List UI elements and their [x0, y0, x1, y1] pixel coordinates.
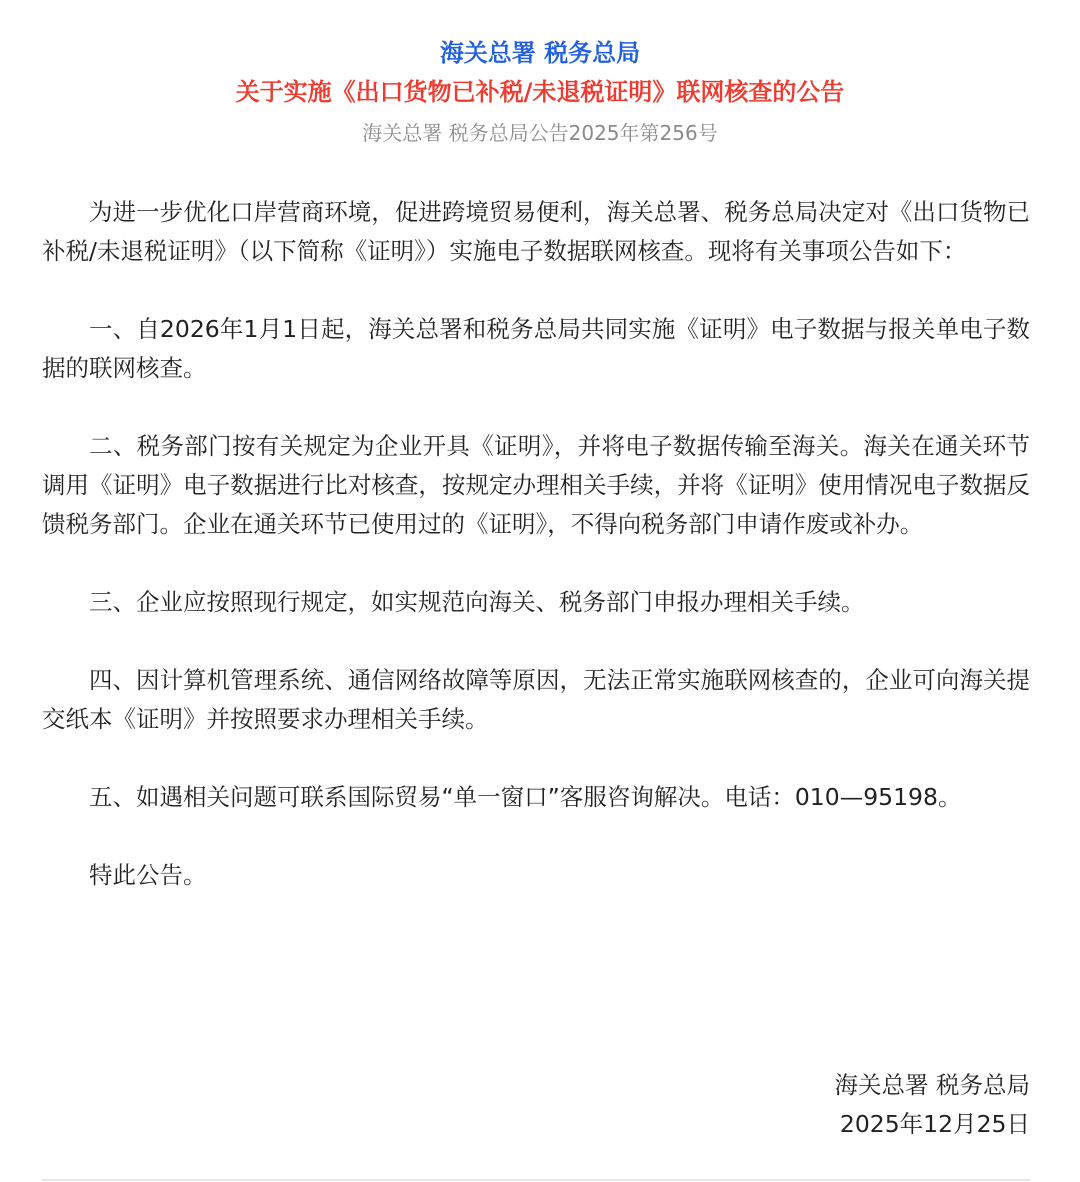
intro-paragraph: 为进一步优化口岸营商环境，促进跨境贸易便利，海关总署、税务总局决定对《出口货物已… — [42, 193, 1030, 271]
signature-issuers: 海关总署 税务总局 — [835, 1066, 1030, 1105]
clause-2-paragraph: 二、税务部门按有关规定为企业开具《证明》，并将电子数据传输至海关。海关在通关环节… — [42, 427, 1030, 544]
closing-statement: 特此公告。 — [42, 856, 1030, 895]
document-number: 海关总署 税务总局公告2025年第256号 — [0, 118, 1080, 148]
clause-1-paragraph: 一、自2026年1月1日起，海关总署和税务总局共同实施《证明》电子数据与报关单电… — [42, 310, 1030, 388]
document-body: 为进一步优化口岸营商环境，促进跨境贸易便利，海关总署、税务总局决定对《出口货物已… — [42, 193, 1030, 895]
clause-4-paragraph: 四、因计算机管理系统、通信网络故障等原因，无法正常实施联网核查的，企业可向海关提… — [42, 661, 1030, 739]
clause-3-paragraph: 三、企业应按照现行规定，如实规范向海关、税务部门申报办理相关手续。 — [42, 583, 1030, 622]
bottom-divider — [42, 1179, 1030, 1181]
clause-5-paragraph: 五、如遇相关问题可联系国际贸易“单一窗口”客服咨询解决。电话：010—95198… — [42, 778, 1030, 817]
signature-block: 海关总署 税务总局 2025年12月25日 — [835, 1066, 1030, 1144]
signature-date: 2025年12月25日 — [835, 1105, 1030, 1144]
issuing-organizations-title: 海关总署 税务总局 — [0, 36, 1080, 70]
notice-title: 关于实施《出口货物已补税/未退税证明》联网核查的公告 — [0, 75, 1080, 109]
